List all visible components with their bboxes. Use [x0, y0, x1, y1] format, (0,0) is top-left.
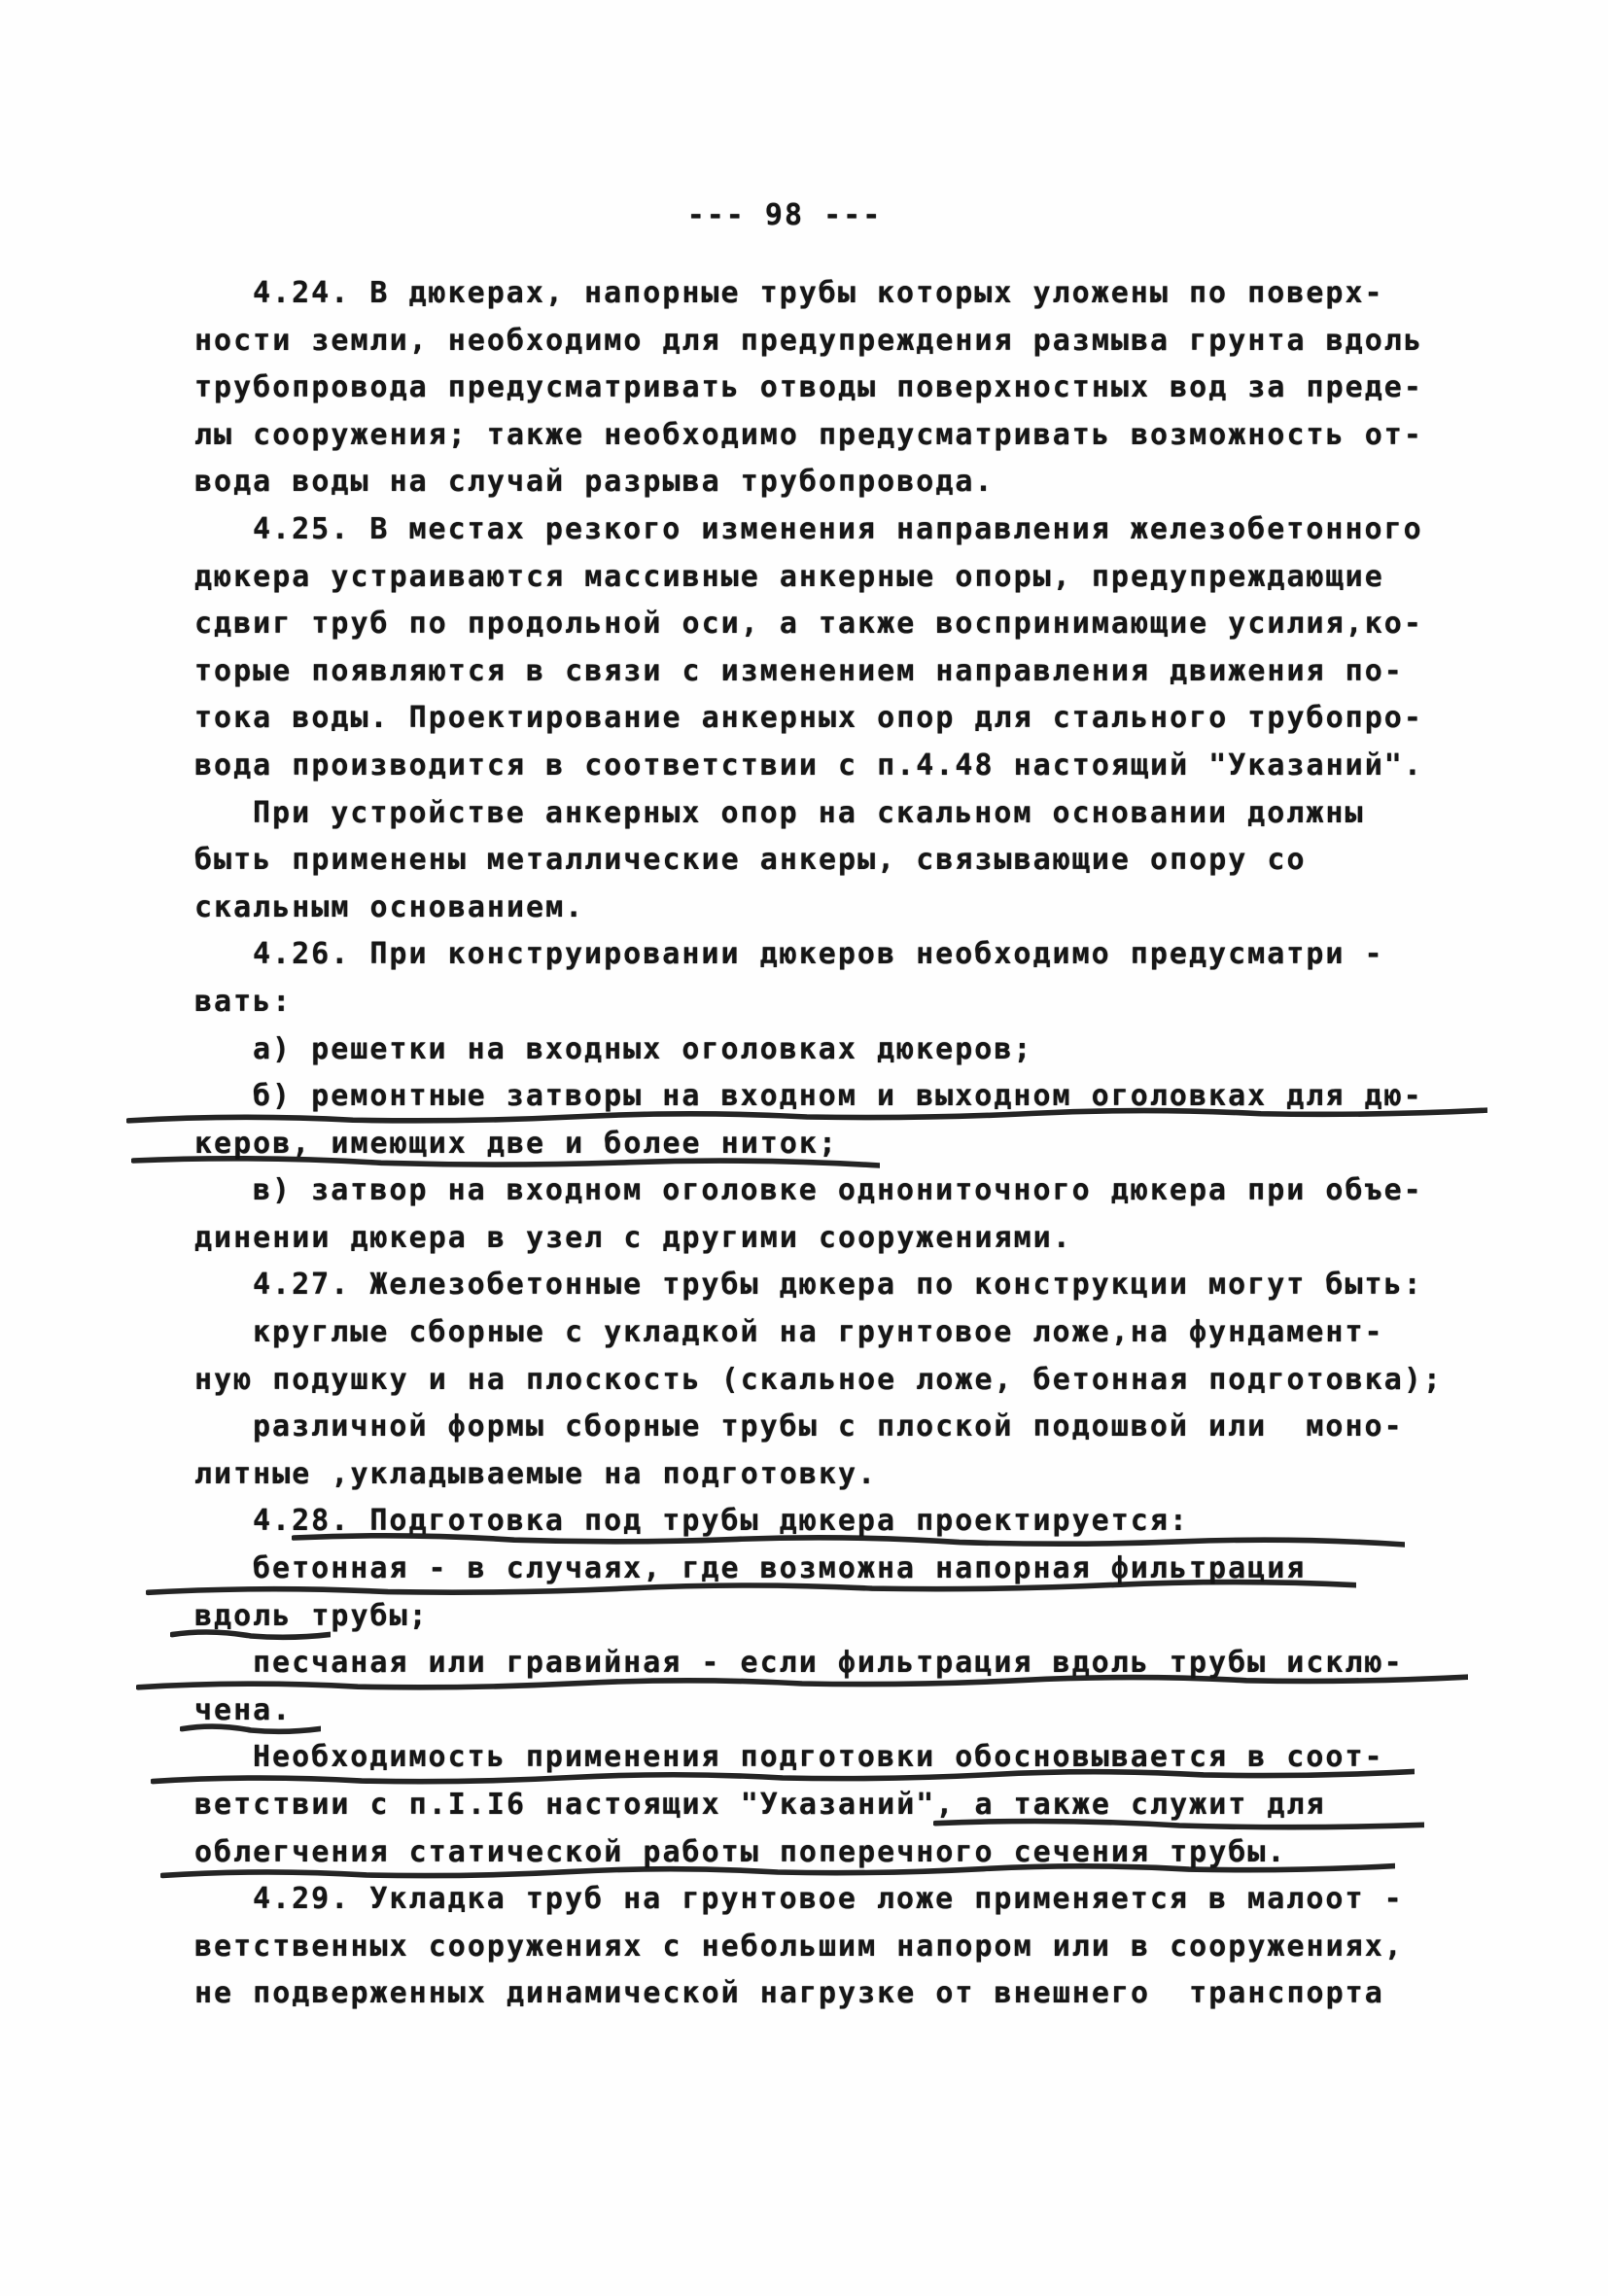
text-line: 4.26. При конструировании дюкеров необхо…: [194, 931, 1487, 979]
text-line: вода производится в соответствии с п.4.4…: [194, 743, 1487, 790]
line-text: вода производится в соответствии с п.4.4…: [194, 748, 1423, 783]
line-text: керов, имеющих две и более ниток;: [194, 1127, 838, 1161]
text-line: керов, имеющих две и более ниток;: [194, 1121, 1487, 1168]
line-text: 4.28. Подготовка под трубы дюкера проект…: [253, 1504, 1189, 1538]
text-line: в) затвор на входном оголовке однониточн…: [194, 1167, 1487, 1215]
text-line: различной формы сборные трубы с плоской …: [194, 1404, 1487, 1451]
line-text: ную подушку и на плоскость (скальное лож…: [194, 1363, 1443, 1397]
text-line: вать:: [194, 979, 1487, 1026]
line-text: лы сооружения; также необходимо предусма…: [194, 418, 1423, 452]
line-text: а) решетки на входных оголовках дюкеров;: [253, 1032, 1032, 1066]
text-line: ветственных сооружениях с небольшим напо…: [194, 1924, 1487, 1971]
line-text: в) затвор на входном оголовке однониточн…: [253, 1173, 1423, 1207]
text-line: При устройстве анкерных опор на скальном…: [194, 790, 1487, 838]
text-line: 4.25. В местах резкого изменения направл…: [194, 506, 1487, 554]
text-line: ную подушку и на плоскость (скальное лож…: [194, 1357, 1487, 1405]
line-text: вдоль трубы;: [194, 1599, 429, 1633]
text-line: 4.27. Железобетонные трубы дюкера по кон…: [194, 1262, 1487, 1309]
line-text: ветственных сооружениях с небольшим напо…: [194, 1930, 1404, 1964]
text-line: трубопровода предусматривать отводы пове…: [194, 365, 1487, 412]
line-text: песчаная или гравийная - если фильтрация…: [253, 1646, 1404, 1680]
line-text: быть применены металлические анкеры, свя…: [194, 843, 1307, 877]
line-text: ности земли, необходимо для предупрежден…: [194, 324, 1423, 358]
text-line: дюкера устраиваются массивные анкерные о…: [194, 554, 1487, 602]
line-text: 4.26. При конструировании дюкеров необхо…: [253, 937, 1384, 971]
line-text: торые появляются в связи с изменением на…: [194, 654, 1404, 688]
line-text: вать:: [194, 985, 292, 1019]
line-text: облегчения статической работы поперечног…: [194, 1835, 1286, 1869]
document-page: --- 98 --- 4.24. В дюкерах, напорные тру…: [0, 0, 1608, 2296]
line-text: сдвиг труб по продольной оси, а также во…: [194, 607, 1423, 641]
line-text: не подверженных динамической нагрузке от…: [194, 1976, 1384, 2010]
line-text: бетонная - в случаях, где возможна напор…: [253, 1551, 1306, 1585]
line-text: дюкера устраиваются массивные анкерные о…: [194, 560, 1384, 594]
text-line: 4.24. В дюкерах, напорные трубы которых …: [194, 270, 1487, 318]
text-line: динении дюкера в узел с другими сооружен…: [194, 1215, 1487, 1263]
text-line: бетонная - в случаях, где возможна напор…: [194, 1546, 1487, 1593]
line-text: круглые сборные с укладкой на грунтовое …: [253, 1315, 1384, 1349]
text-line: песчаная или гравийная - если фильтрация…: [194, 1640, 1487, 1687]
text-line: облегчения статической работы поперечног…: [194, 1829, 1487, 1877]
line-text: 4.27. Железобетонные трубы дюкера по кон…: [253, 1268, 1423, 1302]
text-line: 4.29. Укладка труб на грунтовое ложе при…: [194, 1876, 1487, 1924]
line-text: б) ремонтные затворы на входном и выходн…: [253, 1079, 1423, 1113]
text-line: вдоль трубы;: [194, 1593, 1487, 1641]
text-line: скальным основанием.: [194, 885, 1487, 932]
line-text: вода воды на случай разрыва трубопровода…: [194, 465, 995, 499]
text-line: лы сооружения; также необходимо предусма…: [194, 412, 1487, 460]
text-line: Необходимость применения подготовки обос…: [194, 1734, 1487, 1782]
text-body: 4.24. В дюкерах, напорные трубы которых …: [194, 270, 1487, 2018]
text-line: а) решетки на входных оголовках дюкеров;: [194, 1026, 1487, 1074]
text-line: тока воды. Проектирование анкерных опор …: [194, 695, 1487, 743]
page-number: --- 98 ---: [0, 198, 1569, 232]
text-line: б) ремонтные затворы на входном и выходн…: [194, 1073, 1487, 1121]
text-line: круглые сборные с укладкой на грунтовое …: [194, 1309, 1487, 1357]
line-text: скальным основанием.: [194, 890, 584, 924]
line-text: При устройстве анкерных опор на скальном…: [253, 796, 1365, 830]
line-text: 4.29. Укладка труб на грунтовое ложе при…: [253, 1882, 1404, 1916]
line-text: чена.: [194, 1693, 292, 1727]
text-line: ности земли, необходимо для предупрежден…: [194, 318, 1487, 365]
text-line: ветствии с п.I.I6 настоящих "Указаний", …: [194, 1782, 1487, 1829]
line-text: тока воды. Проектирование анкерных опор …: [194, 701, 1423, 735]
text-line: 4.28. Подготовка под трубы дюкера проект…: [194, 1498, 1487, 1546]
text-line: чена.: [194, 1687, 1487, 1735]
line-text: 4.24. В дюкерах, напорные трубы которых …: [253, 276, 1384, 310]
text-line: вода воды на случай разрыва трубопровода…: [194, 459, 1487, 506]
text-line: не подверженных динамической нагрузке от…: [194, 1970, 1487, 2018]
line-text: ветствии с п.I.I6 настоящих "Указаний", …: [194, 1788, 1326, 1822]
text-line: быть применены металлические анкеры, свя…: [194, 837, 1487, 885]
line-text: Необходимость применения подготовки обос…: [253, 1740, 1384, 1774]
line-text: динении дюкера в узел с другими сооружен…: [194, 1221, 1072, 1255]
line-text: трубопровода предусматривать отводы пове…: [194, 370, 1423, 404]
line-text: 4.25. В местах резкого изменения направл…: [253, 512, 1423, 546]
line-text: различной формы сборные трубы с плоской …: [253, 1409, 1404, 1444]
text-line: литные ,укладываемые на подготовку.: [194, 1451, 1487, 1499]
line-text: литные ,укладываемые на подготовку.: [194, 1457, 877, 1491]
text-line: сдвиг труб по продольной оси, а также во…: [194, 601, 1487, 648]
text-line: торые появляются в связи с изменением на…: [194, 648, 1487, 696]
